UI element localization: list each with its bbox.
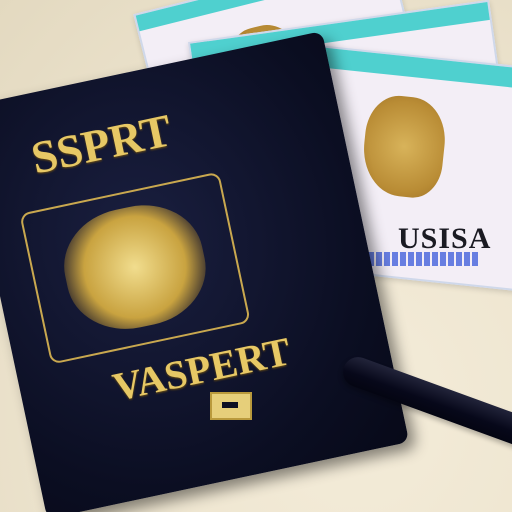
visa-label: USISA: [398, 222, 491, 256]
gold-seal: [359, 93, 449, 201]
passport-chip-icon: [210, 392, 252, 420]
passport-title-top: SSPRT: [27, 103, 176, 184]
passport-emblem-frame: [19, 172, 251, 365]
photo-scene: USISA SSPRT VASPERT: [0, 0, 512, 512]
eagle-emblem-icon: [54, 194, 216, 340]
